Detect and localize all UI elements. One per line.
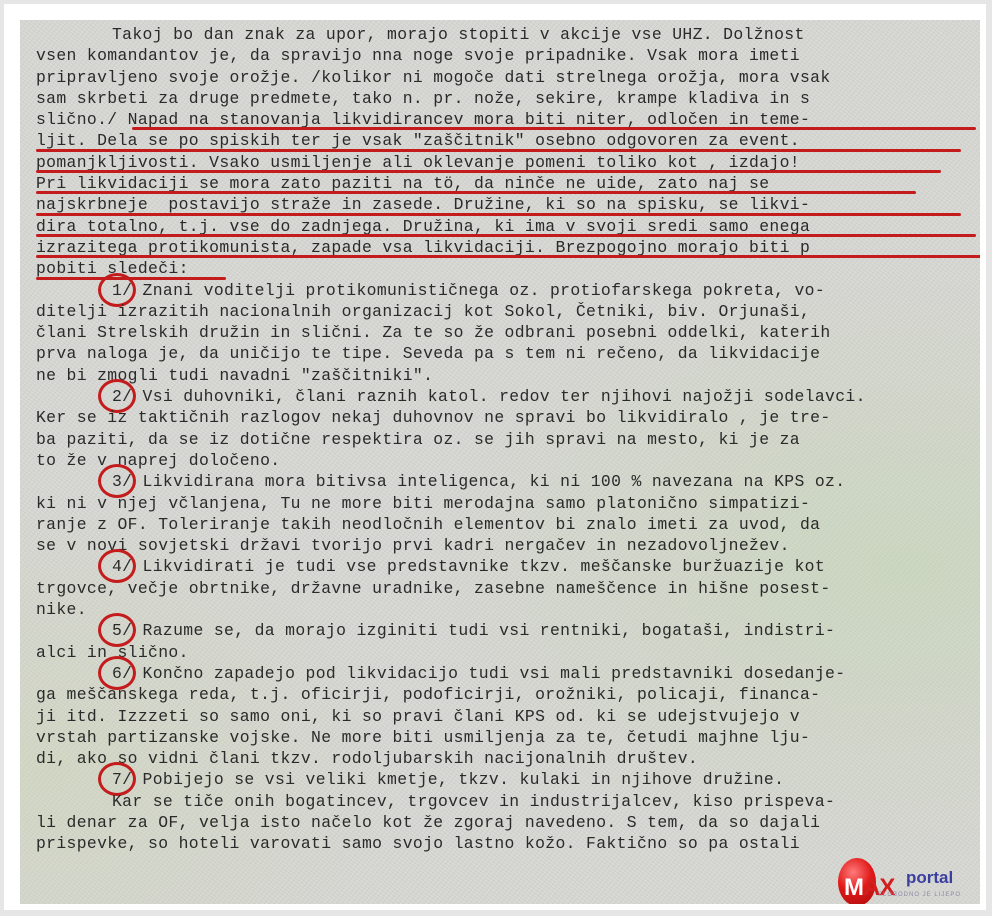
document-line: prispevke, so hoteli varovati samo svojo… — [36, 833, 976, 854]
document-line: prva naloga je, da uničijo te tipe. Seve… — [36, 343, 976, 364]
document-line: dira totalno, t.j. vse do zadnjega. Druž… — [36, 216, 976, 237]
document-line: li denar za OF, velja isto načelo kot že… — [36, 812, 976, 833]
document-line: 1/ Znani voditelji protikomunističnega o… — [36, 280, 976, 301]
document-text: Takoj bo dan znak za upor, morajo stopit… — [36, 24, 976, 855]
document-line: sam skrbeti za druge predmete, tako n. p… — [36, 88, 976, 109]
document-line: 6/ Končno zapadejo pod likvidacijo tudi … — [36, 663, 976, 684]
document-line: se v novi sovjetski državi tvorijo prvi … — [36, 535, 976, 556]
document-line: to že v naprej določeno. — [36, 450, 976, 471]
document-line: ranje z OF. Toleriranje takih neodločnih… — [36, 514, 976, 535]
document-line: nike. — [36, 599, 976, 620]
document-line: Kar se tiče onih bogatincev, trgovcev in… — [36, 791, 976, 812]
document-line: 3/ Likvidirana mora bitivsa inteligenca,… — [36, 471, 976, 492]
document-line: izrazitega protikomunista, zapade vsa li… — [36, 237, 976, 258]
document-line: Pri likvidaciji se mora zato paziti na t… — [36, 173, 976, 194]
document-line: slično./ Napad na stanovanja likvidiranc… — [36, 109, 976, 130]
document-line: ga meščanskega reda, t.j. oficirji, podo… — [36, 684, 976, 705]
scanned-document: Takoj bo dan znak za upor, morajo stopit… — [20, 20, 980, 904]
logo-tagline: SLOBODNO JE LIJEPO — [878, 892, 961, 898]
document-line: 4/ Likvidirati je tudi vse predstavnike … — [36, 556, 976, 577]
document-line: pripravljeno svoje orožje. /kolikor ni m… — [36, 67, 976, 88]
document-line: pobiti sledeči: — [36, 258, 976, 279]
document-line: di, ako so vidni člani tkzv. rodoljubars… — [36, 748, 976, 769]
document-line: člani Strelskih družin in slični. Za te … — [36, 322, 976, 343]
document-line: najskrbneje postavijo straže in zasede. … — [36, 194, 976, 215]
document-line: ji itd. Izzzeti so samo oni, ki so pravi… — [36, 706, 976, 727]
document-line: 2/ Vsi duhovniki, člani raznih katol. re… — [36, 386, 976, 407]
document-line: 5/ Razume se, da morajo izginiti tudi vs… — [36, 620, 976, 641]
document-line: ditelji izrazitih nacionalnih organizaci… — [36, 301, 976, 322]
document-line: Takoj bo dan znak za upor, morajo stopit… — [36, 24, 976, 45]
document-line: ne bi zmogli tudi navadni "zaščitniki". — [36, 365, 976, 386]
document-line: pomanjkljivosti. Vsako usmiljenje ali ok… — [36, 152, 976, 173]
document-line: ki ni v njej včlanjena, Tu ne more biti … — [36, 493, 976, 514]
maxportal-watermark: MAX portal SLOBODNO JE LIJEPO — [838, 852, 968, 904]
document-line: trgovce, večje obrtnike, državne uradnik… — [36, 578, 976, 599]
logo-portal-text: portal — [906, 868, 953, 888]
document-line: vsen komandantov je, da spravijo nna nog… — [36, 45, 976, 66]
image-frame: Takoj bo dan znak za upor, morajo stopit… — [4, 4, 986, 910]
document-line: 7/ Pobijejo se vsi veliki kmetje, tkzv. … — [36, 769, 976, 790]
document-line: alci in slično. — [36, 642, 976, 663]
document-line: vrstah partizanske vojske. Ne more biti … — [36, 727, 976, 748]
document-line: Ker se iz taktičnih razlogov nekaj duhov… — [36, 407, 976, 428]
document-line: ljit. Dela se po spiskih ter je vsak "za… — [36, 130, 976, 151]
document-line: ba paziti, da se iz dotične respektira o… — [36, 429, 976, 450]
